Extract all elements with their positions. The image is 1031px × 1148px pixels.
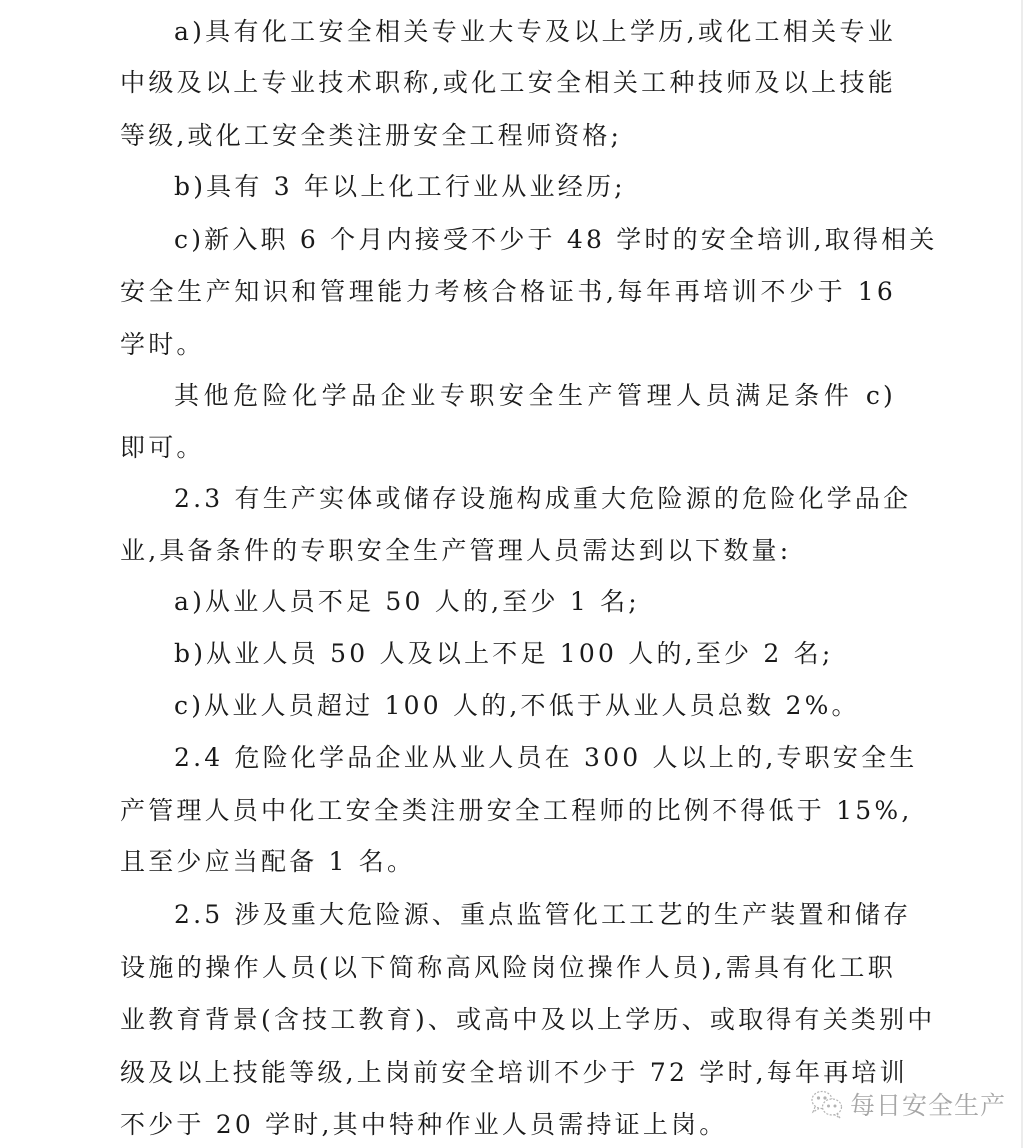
watermark: 每日安全生产	[810, 1086, 1006, 1122]
paragraph-line: 业教育背景(含技工教育)、或高中及以上学历、或取得有关类别中	[120, 1000, 896, 1040]
list-item: a)从业人员不足 50 人的,至少 1 名;	[174, 582, 896, 622]
list-item: c)从业人员超过 100 人的,不低于从业人员总数 2%。	[174, 686, 896, 726]
section-heading-line: 2.3 有生产实体或储存设施构成重大危险源的危险化学品企	[174, 479, 896, 519]
paragraph-line: 且至少应当配备 1 名。	[120, 842, 896, 882]
paragraph-line: 中级及以上专业技术职称,或化工安全相关工种技师及以上技能	[120, 63, 896, 103]
paragraph-line: 等级,或化工安全类注册安全工程师资格;	[120, 116, 896, 156]
paragraph-line: a)具有化工安全相关专业大专及以上学历,或化工相关专业	[174, 12, 896, 52]
paragraph-line: 其他危险化学品企业专职安全生产管理人员满足条件 c)	[174, 376, 896, 416]
paragraph-line: 学时。	[120, 325, 896, 365]
paragraph-line: 级及以上技能等级,上岗前安全培训不少于 72 学时,每年再培训	[120, 1053, 896, 1093]
paragraph-line: 安全生产知识和管理能力考核合格证书,每年再培训不少于 16	[120, 272, 896, 312]
paragraph-line: 即可。	[120, 428, 896, 468]
section-heading-line: 2.4 危险化学品企业从业人员在 300 人以上的,专职安全生	[174, 738, 896, 778]
list-item: b)从业人员 50 人及以上不足 100 人的,至少 2 名;	[174, 634, 896, 674]
paragraph-line: 业,具备条件的专职安全生产管理人员需达到以下数量:	[120, 531, 896, 571]
page-edge-divider	[1021, 0, 1023, 1148]
wechat-icon	[810, 1088, 844, 1120]
watermark-text: 每日安全生产	[850, 1086, 1006, 1122]
paragraph-line: 设施的操作人员(以下简称高风险岗位操作人员),需具有化工职	[120, 948, 896, 988]
paragraph-line: c)新入职 6 个月内接受不少于 48 学时的安全培训,取得相关	[174, 220, 896, 260]
document-page: a)具有化工安全相关专业大专及以上学历,或化工相关专业 中级及以上专业技术职称,…	[0, 0, 1031, 1148]
paragraph-line: 产管理人员中化工安全类注册安全工程师的比例不得低于 15%,	[120, 791, 896, 831]
section-heading-line: 2.5 涉及重大危险源、重点监管化工工艺的生产装置和储存	[174, 895, 896, 935]
paragraph-line: 不少于 20 学时,其中特种作业人员需持证上岗。	[120, 1105, 896, 1145]
paragraph-line: b)具有 3 年以上化工行业从业经历;	[174, 167, 896, 207]
